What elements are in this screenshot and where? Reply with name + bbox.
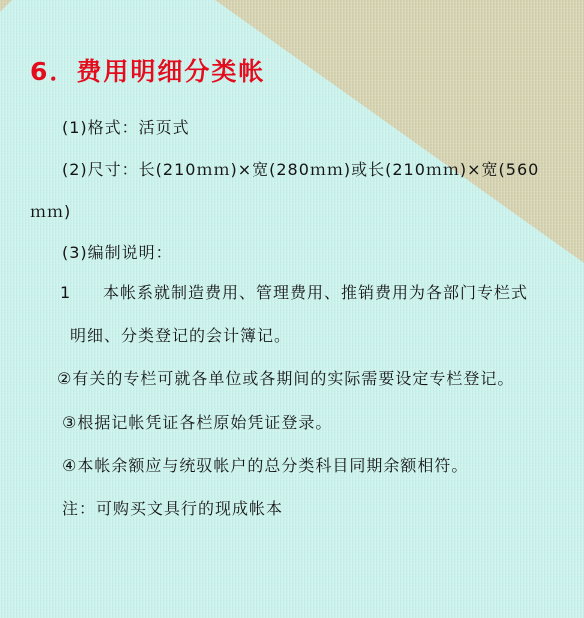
line-notes-header: (3)编制说明： [62, 242, 173, 264]
line-note-2: ②有关的专栏可就各单位或各期间的实际需要设定专栏登记。 [57, 368, 514, 390]
line-remark: 注：可购买文具行的现成帐本 [62, 498, 283, 520]
line-format: (1)格式：活页式 [62, 117, 190, 139]
line-size: (2)尺寸：长(210ｍｍ)×宽(280ｍｍ)或长(210ｍｍ)×宽(560 [62, 159, 539, 181]
line-size-continuation: ｍｍ) [30, 201, 71, 223]
line-note-1: 1本帐系就制造费用、管理费用、推销费用为各部门专栏式 [60, 282, 528, 304]
line-note-3: ③根据记帐凭证各栏原始凭证登录。 [62, 412, 332, 434]
line-note-4: ④本帐余额应与统驭帐户的总分类科目同期余额相符。 [62, 455, 468, 477]
line-note-1-continuation: 明细、分类登记的会计簿记。 [70, 325, 291, 347]
note-1-marker: 1 [60, 282, 103, 304]
slide: 6．费用明细分类帐 (1)格式：活页式 (2)尺寸：长(210ｍｍ)×宽(280… [0, 0, 584, 618]
diagonal-wedge-background [0, 0, 584, 618]
note-1-text: 本帐系就制造费用、管理费用、推销费用为各部门专栏式 [103, 283, 528, 302]
slide-title: 6．费用明细分类帐 [30, 52, 265, 88]
